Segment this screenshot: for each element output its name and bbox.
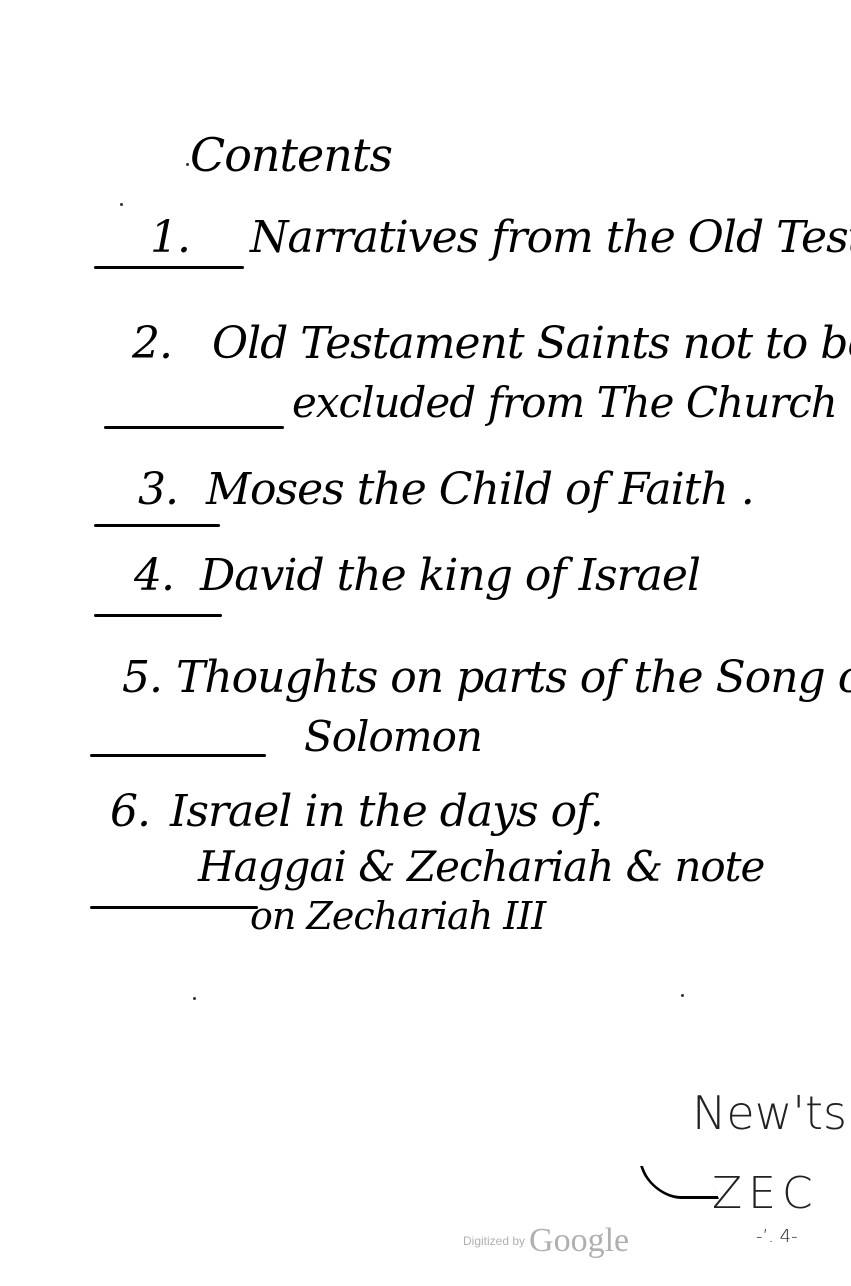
entry-title-line: Israel in the days of. xyxy=(170,786,603,837)
entry-title-line: David the king of Israel xyxy=(200,550,700,601)
entry-title-line: excluded from The Church in G xyxy=(292,378,851,427)
ink-speck xyxy=(681,994,684,997)
ink-speck xyxy=(186,163,189,166)
entry-title-line: Old Testament Saints not to be xyxy=(212,318,851,369)
entry-number: 2. xyxy=(132,318,172,369)
entry-number: 4. xyxy=(134,550,174,601)
entry-underline xyxy=(90,906,258,909)
entry-underline xyxy=(104,426,284,429)
stamp-line-3: -’. 4- xyxy=(756,1226,798,1247)
entry-title-line: Haggai & Zechariah & note xyxy=(198,842,764,891)
contents-heading: Contents xyxy=(190,128,392,182)
entry-number: 5. xyxy=(122,652,162,703)
ink-speck xyxy=(120,203,123,206)
watermark-brand: Google xyxy=(529,1222,629,1259)
entry-underline xyxy=(94,524,220,527)
stamp-bracket xyxy=(640,1166,719,1199)
stamp-line-2: ZEC xyxy=(712,1168,819,1219)
entry-title-line: Solomon xyxy=(304,712,482,761)
digitized-by-google-watermark: Digitized by Google xyxy=(463,1222,629,1260)
entry-number: 6. xyxy=(110,786,150,837)
entry-title-line: Thoughts on parts of the Song of xyxy=(176,652,851,703)
entry-underline xyxy=(90,754,266,757)
watermark-prefix: Digitized by xyxy=(463,1234,525,1248)
entry-title-line: Narratives from the Old Testa xyxy=(250,212,851,263)
entry-title-line: Moses the Child of Faith . xyxy=(206,464,754,515)
entry-underline xyxy=(94,266,244,269)
ink-speck xyxy=(193,997,196,1000)
entry-number: 1. xyxy=(150,212,190,263)
entry-number: 3. xyxy=(138,464,178,515)
entry-underline xyxy=(94,614,222,617)
entry-title-line: on Zechariah III xyxy=(250,894,545,938)
scanned-page: Contents 1. Narratives from the Old Test… xyxy=(0,0,851,1286)
stamp-line-1: New'ts xyxy=(692,1086,847,1140)
